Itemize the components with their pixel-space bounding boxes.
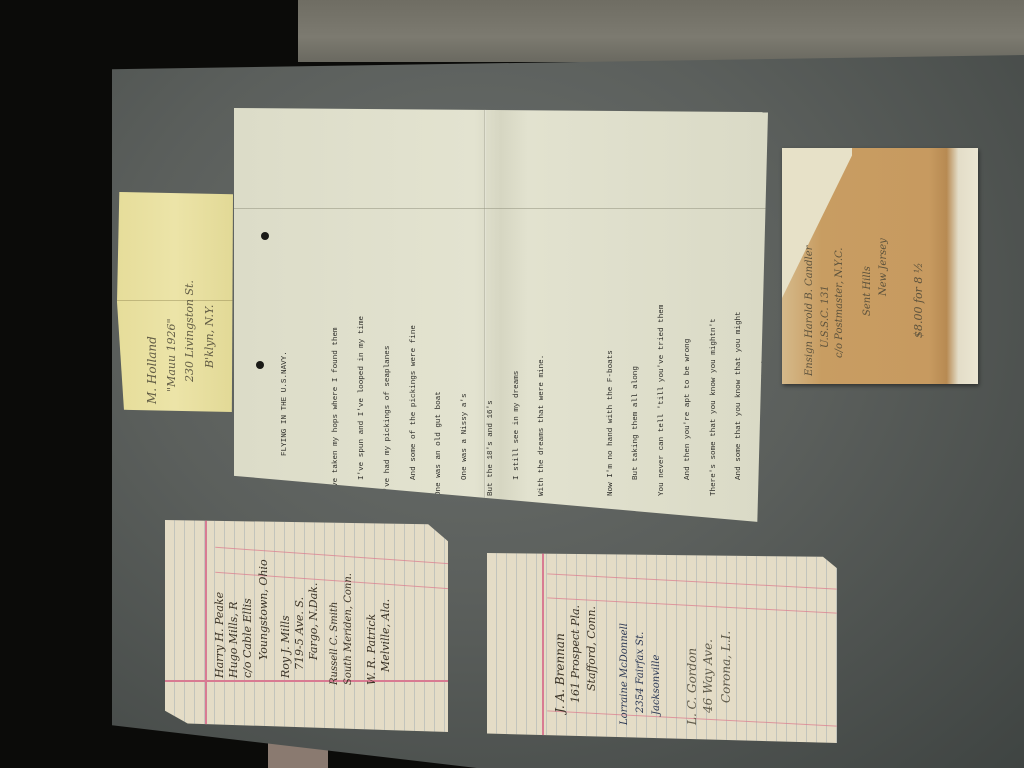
ledger-red-rule xyxy=(215,572,449,589)
yellow-address-note: M. Holland "Mauu 1926" 230 Livingston St… xyxy=(117,192,233,412)
ledger-entry-line: Roy J. Mills xyxy=(279,615,292,678)
note-crease xyxy=(117,300,233,301)
poem-line: Now I'm no hand with the F-boats xyxy=(607,206,616,496)
poem-line: There's some that you know you mightn't xyxy=(710,206,719,496)
ledger-entry-line: Hugo Mills, R xyxy=(227,601,240,678)
poem-line: With the dreams that were mine. xyxy=(538,206,547,496)
ledger-entry-line: c/o Cable Ellis xyxy=(241,598,254,678)
poem-line: But taking them all along xyxy=(632,206,641,496)
ledger-slip-right: J. A. Brennan 161 Prospect Pla. Stafford… xyxy=(487,553,837,743)
poem-line: You never can tell 'till you've tried th… xyxy=(658,206,667,496)
ledger-entry-line: 2354 Fairfax St. xyxy=(635,632,646,713)
card-line-postmaster: c/o Postmaster, N.Y.C. xyxy=(834,248,845,358)
poem-line: I've had my pickings of seaplanes xyxy=(384,206,393,496)
poem-line: I've taken my hops where I found them xyxy=(332,206,341,496)
note-line-street: 230 Livingston St. xyxy=(183,280,196,382)
ledger-slip-left: Harry H. Peake Hugo Mills, R c/o Cable E… xyxy=(165,520,448,732)
tan-address-card: Ensign Harold B. Candler U.S.S.C. 131 c/… xyxy=(782,148,978,384)
ledger-entry-line: L. C. Gordon xyxy=(685,648,699,725)
ledger-entry-line: Melville, Ala. xyxy=(379,599,392,672)
ledger-entry-line: 161 Prospect Pla. xyxy=(569,605,582,703)
ledger-entry-line: W. R. Patrick xyxy=(365,614,378,685)
note-line-date: "Mauu 1926" xyxy=(165,318,178,392)
ledger-entry-line: Corona, L.I. xyxy=(719,631,733,703)
ledger-entry-line: Stafford, Conn. xyxy=(585,606,598,691)
ledger-entry-line: 719-5 Ave. S. xyxy=(293,597,306,670)
poem-line: One was a Nissy a's xyxy=(461,206,470,496)
ledger-entry-line: Jacksonville xyxy=(651,655,662,715)
poem-line: But the 18's and 16's xyxy=(487,206,496,496)
ledger-entry-line: Youngstown, Ohio xyxy=(257,559,270,660)
ledger-entry-line: Fargo, N.Dak. xyxy=(307,583,320,660)
poem-line: I've spun and I've looped in my time xyxy=(358,206,367,496)
ledger-red-rule xyxy=(547,573,837,589)
ledger-vertical-margin xyxy=(542,553,544,743)
note-line-city: B'klyn, N.Y. xyxy=(203,305,216,368)
ledger-margin-line xyxy=(165,680,448,682)
ledger-entry-line: Harry H. Peake xyxy=(213,592,226,678)
poem-line: I still see in my dreams xyxy=(513,206,522,496)
backdrop-wall xyxy=(298,0,1024,62)
ledger-entry-line: Russell C. Smith xyxy=(329,602,340,685)
ledger-entry-line: 46 Way Ave. xyxy=(701,639,715,713)
ledger-entry-line: Lorraine McDonnell xyxy=(619,623,630,725)
poem-stanza-1: I've taken my hops where I found them I'… xyxy=(315,206,564,496)
card-line-place: Sent Hills xyxy=(862,266,873,316)
ledger-entry-line: South Meriden, Conn. xyxy=(343,573,354,685)
ledger-red-rule xyxy=(215,547,449,564)
ledger-entry-line: J. A. Brennan xyxy=(553,633,567,713)
ledger-vertical-margin xyxy=(205,520,207,732)
typed-poem-letter: FLYING IN THE U.S.NAVY. I've taken my ho… xyxy=(234,108,768,526)
poem-line: And some of the pickings were fine xyxy=(410,206,419,496)
poem-line: And some that you know that you might xyxy=(735,206,744,496)
punch-hole xyxy=(256,361,264,369)
card-line-state: New Jersey xyxy=(878,238,889,296)
card-line-name: Ensign Harold B. Candler xyxy=(804,246,815,376)
card-line-price: $8.00 for 8 ½ xyxy=(912,262,925,338)
poem-line: And then you're apt to be wrong xyxy=(684,206,693,496)
poem-title: FLYING IN THE U.S.NAVY. xyxy=(281,206,290,496)
note-line-name: M. Holland xyxy=(145,336,159,404)
poem-line: One was an old gut boat xyxy=(435,206,444,496)
card-line-ship: U.S.S.C. 131 xyxy=(820,285,831,348)
